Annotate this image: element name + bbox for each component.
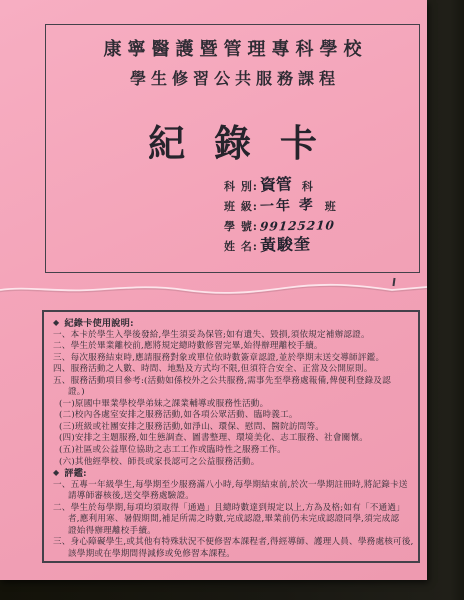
instruction-line: 五、服務活動項目參考:(活動如係校外之公共服務,需事先至學務處報備,俾便利登錄及… (53, 376, 411, 388)
instruction-subitem: (三)班級或社團安排之服務活動,如淨山、環保、慰問、醫院訪問等。 (53, 422, 411, 434)
field-student-id: 學 號:99125210 (224, 215, 336, 235)
evaluation-line-continuation: 證始得辦理離校手續。 (53, 526, 411, 538)
evaluation-line-continuation: 請導師審核後,送交學務處驗證。 (53, 491, 411, 503)
field-name: 姓 名:黃駿奎 (224, 235, 336, 255)
instruction-subitem: (六)其他經學校、師長或家長認可之公益服務活動。 (53, 457, 411, 469)
department-label: 科 別: (224, 180, 258, 193)
course-name: 學生修習公共服務課程 (46, 66, 419, 89)
instruction-line: 三、每次服務結束時,應請服務對象或單位依時數簽章認證,並於學期末送交導師評鑑。 (53, 353, 411, 365)
evaluation-line-continuation: 者,應利用寒、暑假期間,補足所需之時數,完成認證,畢業前仍未完成認證同學,須完成… (53, 514, 411, 526)
handwritten-class: 一年 孝 (260, 195, 316, 217)
instruction-line: 一、本卡於學生入學後發給,學生須妥為保管;如有遺失、毀損,須依規定補辦認證。 (53, 330, 411, 342)
field-department: 科 別:資管科 (224, 175, 336, 195)
name-label: 姓 名: (224, 240, 258, 253)
instructions-heading: ◆紀錄卡使用說明: (53, 318, 411, 330)
instructions-section-box: ◆紀錄卡使用說明: 一、本卡於學生入學後發給,學生須妥為保管;如有遺失、毀損,須… (42, 310, 420, 563)
evaluation-heading-text: 評鑑: (64, 468, 86, 479)
instructions-heading-text: 紀錄卡使用說明: (64, 318, 133, 329)
department-suffix: 科 (302, 180, 313, 193)
instruction-line: 四、服務活動之人數、時間、地點及方式均不限,但須符合安全、正當及公開原則。 (53, 364, 411, 376)
instruction-line-continuation: 證。) (53, 387, 411, 399)
evaluation-line: 三、身心障礙學生,或其他有特殊狀況不便修習本課程者,得經導師、護理人員、學務處核… (53, 537, 411, 549)
card-title: 紀 錄 卡 (46, 113, 419, 167)
instruction-subitem: (二)校內各處室安排之服務活動,如各項公眾活動、臨時義工。 (53, 410, 411, 422)
evaluation-line: 二、學生於每學期,每項均須取得「通過」且總時數達到規定以上,方為及格;如有「不通… (53, 503, 411, 515)
record-card-paper: 康寧醫護暨管理專科學校 學生修習公共服務課程 紀 錄 卡 科 別:資管科 班 級… (0, 0, 427, 580)
instruction-subitem: (四)安排之主題服務,如生態調查、圖書整理、環境美化、志工服務、社會關懷。 (53, 433, 411, 445)
handwritten-student-id: 99125210 (259, 215, 336, 236)
school-name: 康寧醫護暨管理專科學校 (46, 35, 419, 61)
field-class: 班 級:一年 孝班 (224, 195, 336, 215)
evaluation-heading: ◆評鑑: (53, 468, 411, 480)
class-label: 班 級: (224, 200, 258, 213)
student-info-fields: 科 別:資管科 班 級:一年 孝班 學 號:99125210 姓 名:黃駿奎 (224, 175, 336, 255)
scanner-background: 康寧醫護暨管理專科學校 學生修習公共服務課程 紀 錄 卡 科 別:資管科 班 級… (0, 0, 464, 600)
instruction-line: 二、學生於畢業離校前,應將規定總時數修習完畢,始得辦理離校手續。 (53, 341, 411, 353)
title-section-box: 康寧醫護暨管理專科學校 學生修習公共服務課程 紀 錄 卡 科 別:資管科 班 級… (45, 24, 420, 273)
class-suffix: 班 (325, 200, 336, 213)
student-id-label: 學 號: (224, 220, 258, 233)
paper-fold-crease (0, 282, 427, 298)
handwritten-name: 黃駿奎 (260, 234, 312, 256)
diamond-bullet-icon: ◆ (53, 467, 59, 479)
instruction-subitem: (五)社區或公益單位協助之志工工作或臨時性之服務工作。 (53, 445, 411, 457)
evaluation-line: 一、五專一年級學生,每學期至少服務滿八小時,每學期結束前,於次一學期註冊時,將記… (53, 480, 411, 492)
instruction-subitem: (一)原國中畢業學校學弟妹之課業輔導或服務性活動。 (53, 399, 411, 411)
handwritten-department: 資管 (260, 174, 293, 195)
diamond-bullet-icon: ◆ (53, 317, 59, 329)
evaluation-line-continuation: 該學期或在學期間得減修或免修習本課程。 (53, 549, 411, 561)
